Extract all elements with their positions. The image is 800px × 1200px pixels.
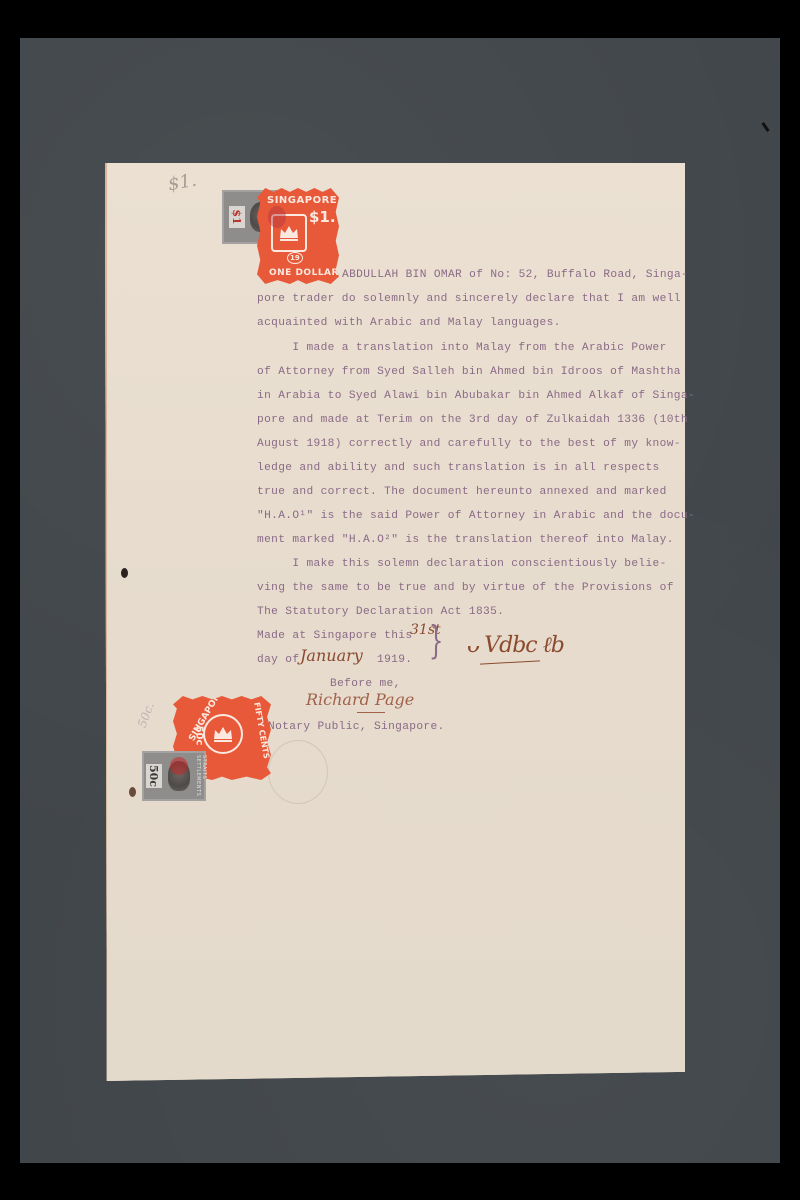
stamp-value-words: FIFTY CENTS (252, 702, 271, 760)
made-at-line: Made at Singapore this (257, 631, 412, 642)
declaration-line-13: I make this solemn declaration conscient… (257, 559, 667, 570)
declaration-line-6: in Arabia to Syed Alawi bin Abubakar bin… (257, 391, 695, 402)
stamp-value: 50c (146, 764, 162, 788)
declarant-signature: ᴗ Vdbc ℓb (466, 632, 564, 658)
punch-hole-upper (121, 568, 128, 578)
cancellation-mark (170, 757, 188, 775)
declaration-line-4: I made a translation into Malay from the… (257, 343, 667, 354)
handwritten-month: January (300, 646, 363, 665)
stamp-value-words: ONE DOLLAR (269, 268, 339, 278)
stamp-country: SINGAPORE (267, 195, 337, 206)
notary-signature: Richard Page (306, 690, 414, 709)
before-me-label: Before me, (330, 679, 401, 690)
declaration-line-8: August 1918) correctly and carefully to … (257, 439, 681, 450)
cancellation-mark (268, 206, 286, 228)
stamp-side-text: STRAITS SETTLEMENTS (195, 755, 207, 797)
punch-hole-lower (129, 787, 136, 797)
notary-signature-underline (357, 712, 385, 713)
declaration-line-9: ledge and ability and such translation i… (257, 463, 660, 474)
stamp-year-mark: 19 (287, 252, 303, 264)
declaration-line-12: ment marked "H.A.O²" is the translation … (257, 535, 674, 546)
declaration-line-14: ving the same to be true and by virtue o… (257, 583, 674, 594)
declaration-line-3: acquainted with Arabic and Malay languag… (257, 318, 561, 329)
year-text: 1919. (377, 655, 412, 666)
day-of-label: day of (257, 655, 299, 666)
crown-icon (203, 714, 243, 754)
stamp-value: $1. (309, 208, 336, 226)
declaration-line-7: pore and made at Terim on the 3rd day of… (257, 415, 688, 426)
declaration-line-15: The Statutory Declaration Act 1835. (257, 607, 504, 618)
brace-mark: } (429, 618, 444, 662)
declaration-line-10: true and correct. The document hereunto … (257, 487, 667, 498)
stamp-value: $1 (229, 206, 245, 228)
declaration-line-11: "H.A.O¹" is the said Power of Attorney i… (257, 511, 695, 522)
embossed-revenue-stamp-one-dollar: SINGAPORE $1. 19 ONE DOLLAR (257, 188, 339, 284)
declaration-line-5: of Attorney from Syed Salleh bin Ahmed b… (257, 367, 681, 378)
notary-title: Notary Public, Singapore. (268, 722, 445, 733)
faint-seal-impression (268, 740, 328, 804)
declaration-line-2: pore trader do solemnly and sincerely de… (257, 294, 681, 305)
declaration-line-1: ABDULLAH BIN OMAR of No: 52, Buffalo Roa… (342, 270, 688, 281)
